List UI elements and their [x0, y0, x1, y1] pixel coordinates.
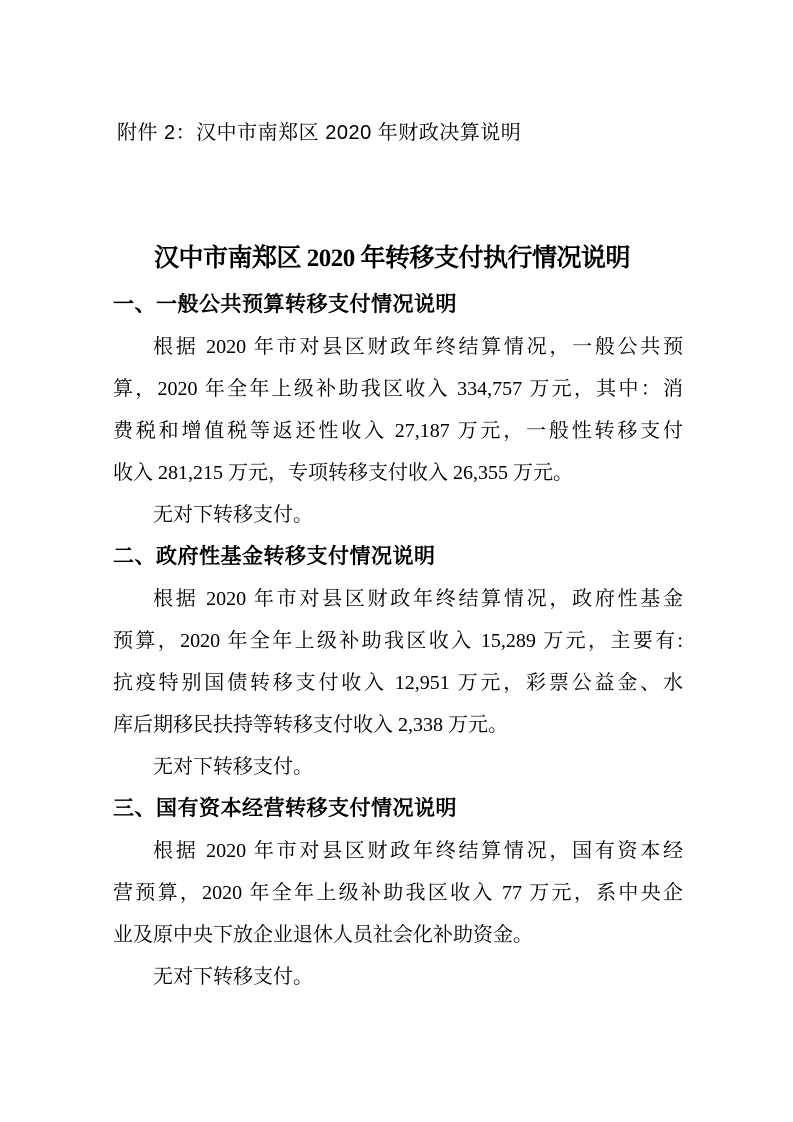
section-1-paragraph-line-2: 算，2020 年全年上级补助我区收入 334,757 万元，其中：消 [113, 368, 683, 410]
section-3-note: 无对下转移支付。 [113, 956, 683, 998]
section-3-paragraph-line-2: 营预算，2020 年全年上级补助我区收入 77 万元，系中央企 [113, 872, 683, 914]
section-2-paragraph-line-1: 根据 2020 年市对县区财政年终结算情况，政府性基金 [113, 578, 683, 620]
section-2-paragraph-line-2: 预算，2020 年全年上级补助我区收入 15,289 万元，主要有: [113, 620, 683, 662]
section-2-note: 无对下转移支付。 [113, 746, 683, 788]
section-2-heading: 二、政府性基金转移支付情况说明 [113, 536, 683, 578]
section-1-paragraph-line-1: 根据 2020 年市对县区财政年终结算情况，一般公共预 [113, 326, 683, 368]
section-1-note: 无对下转移支付。 [113, 494, 683, 536]
section-3-paragraph-line-3: 业及原中央下放企业退休人员社会化补助资金。 [113, 914, 683, 956]
section-3-heading: 三、国有资本经营转移支付情况说明 [113, 788, 683, 830]
document-body: 一、一般公共预算转移支付情况说明 根据 2020 年市对县区财政年终结算情况，一… [113, 284, 683, 998]
section-1-heading: 一、一般公共预算转移支付情况说明 [113, 284, 683, 326]
section-1-paragraph-line-4: 收入 281,215 万元，专项转移支付收入 26,355 万元。 [113, 452, 683, 494]
document-page: 附件 2：汉中市南郑区 2020 年财政决算说明 汉中市南郑区 2020 年转移… [0, 0, 793, 1122]
section-3-paragraph-line-1: 根据 2020 年市对县区财政年终结算情况，国有资本经 [113, 830, 683, 872]
section-1-paragraph-line-3: 费税和增值税等返还性收入 27,187 万元，一般性转移支付 [113, 410, 683, 452]
document-title: 汉中市南郑区 2020 年转移支付执行情况说明 [154, 238, 630, 274]
section-2-paragraph-line-4: 库后期移民扶持等转移支付收入 2,338 万元。 [113, 704, 683, 746]
attachment-header: 附件 2：汉中市南郑区 2020 年财政决算说明 [117, 116, 521, 145]
section-2-paragraph-line-3: 抗疫特别国债转移支付收入 12,951 万元，彩票公益金、水 [113, 662, 683, 704]
